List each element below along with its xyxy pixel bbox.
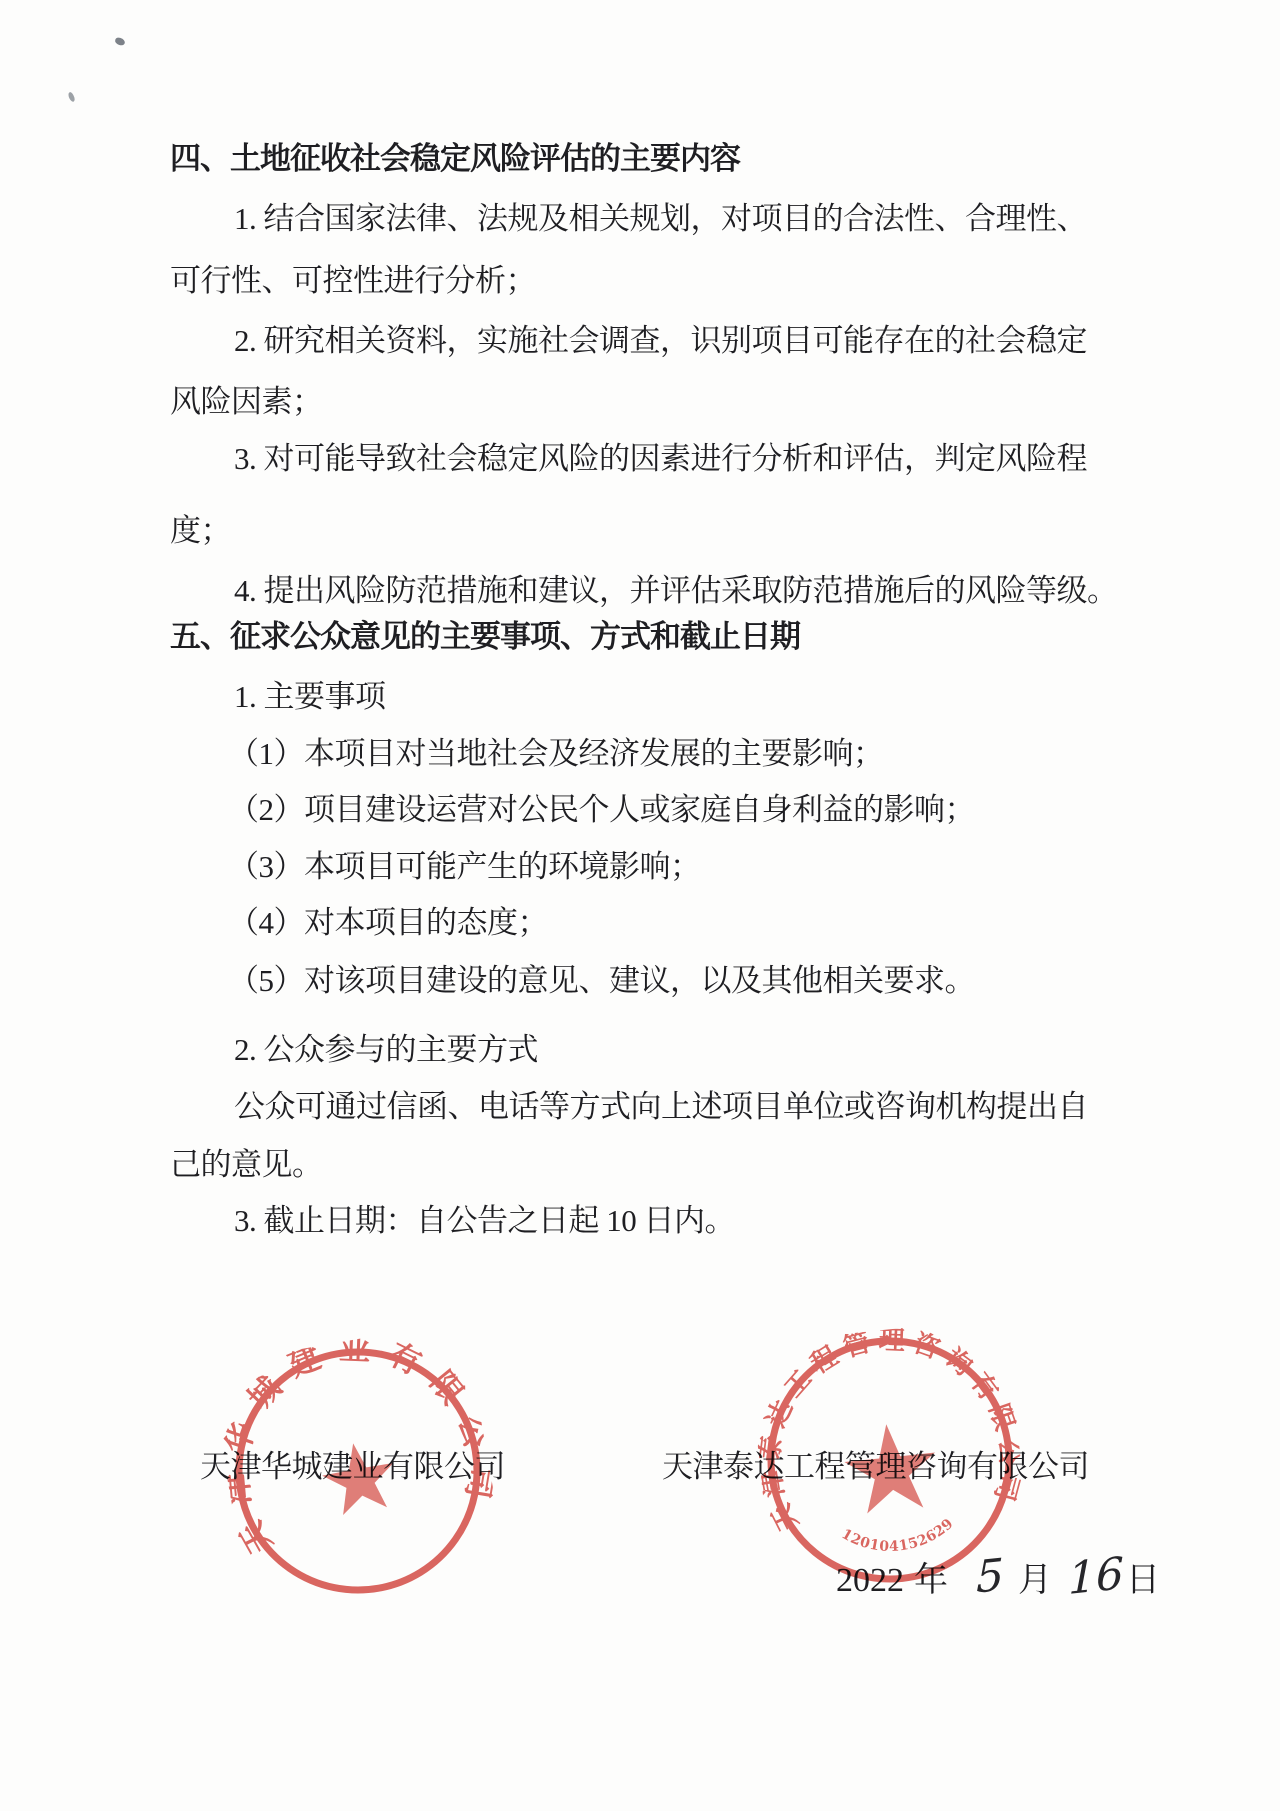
doc-line: （1）本项目对当地社会及经济发展的主要影响； [170,735,884,774]
company-seal-left: 天津华城建业有限公司 [207,1320,508,1621]
doc-line: 公众可通过信函、电话等方式向上述项目单位或咨询机构提出自 [170,1088,1088,1127]
doc-line: 1. 主要事项 [170,678,386,717]
doc-line: 3. 对可能导致社会稳定风险的因素进行分析和评估，判定风险程 [170,440,1087,479]
doc-line: 2. 研究相关资料，实施社会调查，识别项目可能存在的社会稳定 [170,322,1087,361]
doc-line: 度； [170,512,231,551]
scan-speck [114,37,126,47]
section-heading-5: 五、征求公众意见的主要事项、方式和截止日期 [170,618,800,657]
doc-line: 3. 截止日期：自公告之日起 10 日内。 [170,1202,735,1241]
scanned-document-page: 四、土地征收社会稳定风险评估的主要内容 1. 结合国家法律、法规及相关规划，对项… [0,0,1280,1811]
doc-line: （2）项目建设运营对公民个人或家庭自身利益的影响； [170,791,975,830]
doc-line: 4. 提出风险防范措施和建议，并评估采取防范措施后的风险等级。 [170,572,1118,611]
doc-line: 可行性、可控性进行分析； [170,262,536,301]
section-heading-4: 四、土地征收社会稳定风险评估的主要内容 [170,140,740,179]
svg-text:天津泰达工程管理咨询有限公司: 天津泰达工程管理咨询有限公司 [747,1317,1031,1537]
seal-ring-text: 天津泰达工程管理咨询有限公司 [747,1317,1031,1537]
star-icon [318,1437,401,1517]
doc-line: 2. 公众参与的主要方式 [170,1031,538,1070]
date-day-handwritten: 16 [1068,1548,1124,1605]
company-seal-right: 天津泰达工程管理咨询有限公司 120104152629 [747,1317,1033,1603]
doc-line: （5）对该项目建设的意见、建议，以及其他相关要求。 [170,962,975,1001]
seal-code-text: 120104152629 [837,1515,959,1561]
doc-line: （4）对本项目的态度； [170,904,548,943]
doc-line: （3）本项目可能产生的环境影响； [170,848,701,887]
date-day-label: 日 [1126,1552,1160,1601]
star-icon [841,1419,941,1515]
doc-line: 风险因素； [170,383,323,422]
svg-text:120104152629: 120104152629 [837,1515,959,1561]
doc-line: 1. 结合国家法律、法规及相关规划，对项目的合法性、合理性、 [170,200,1087,239]
scan-speck [67,91,76,102]
doc-line: 己的意见。 [170,1146,323,1185]
